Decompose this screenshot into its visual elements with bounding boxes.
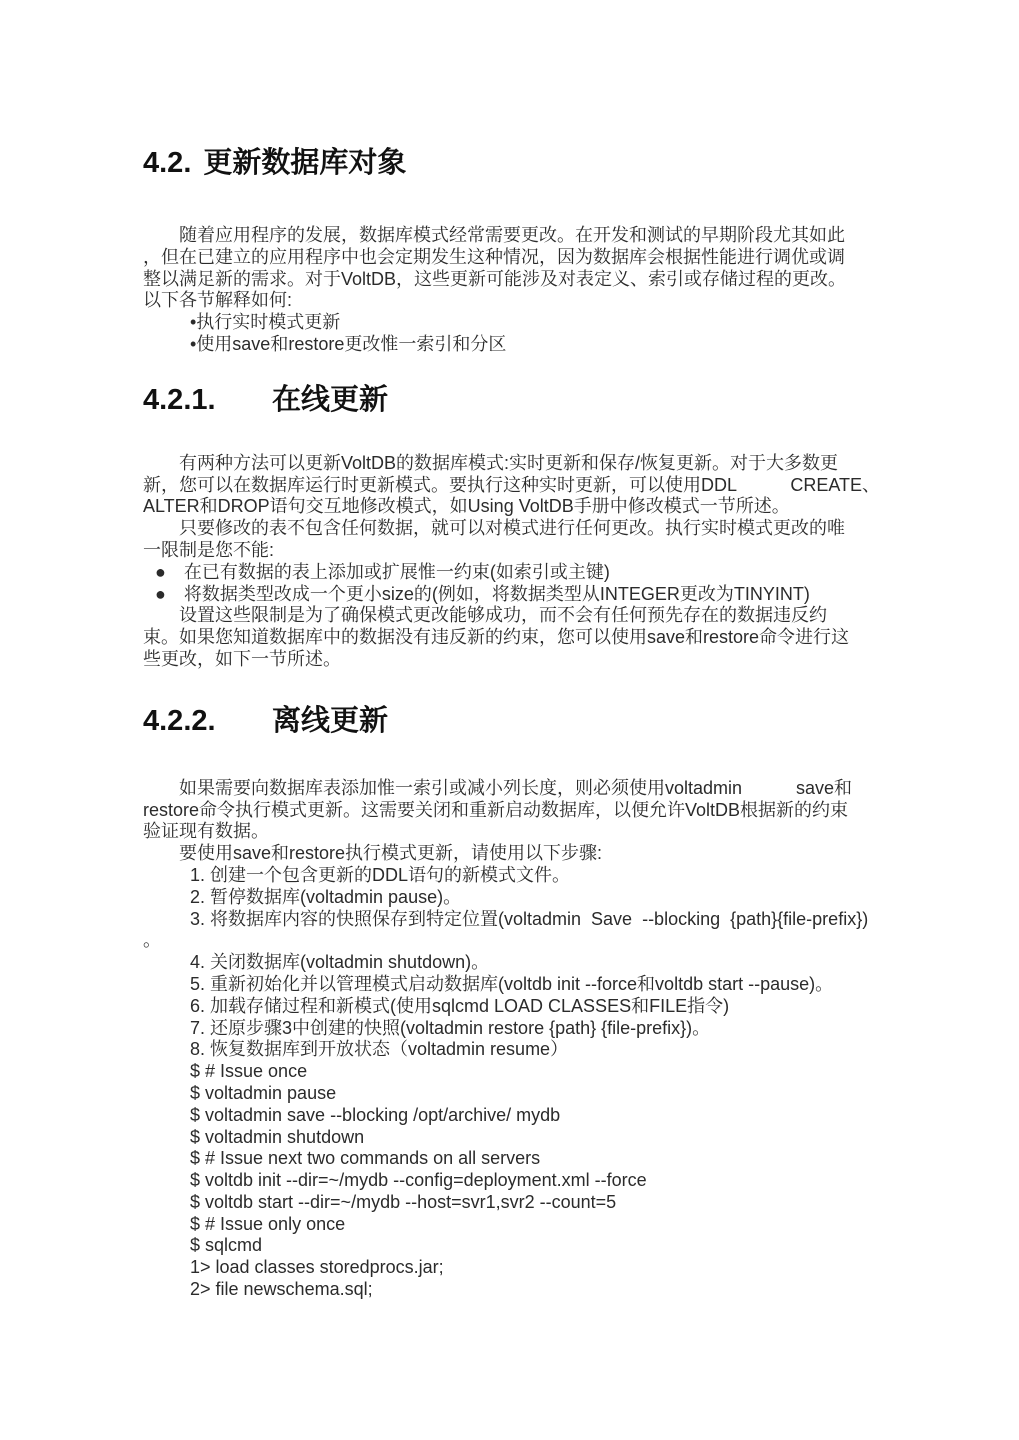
text-line: 8. 恢复数据库到开放状态（voltadmin resume） <box>143 1039 979 1061</box>
section-title: 在线更新 <box>272 384 388 416</box>
text-line: 2> file newschema.sql; <box>143 1279 979 1301</box>
text-line: 验证现有数据。 <box>143 821 979 843</box>
text-line: 1. 创建一个包含更新的DDL语句的新模式文件。 <box>143 865 979 887</box>
document-page: 4.2.更新数据库对象 随着应用程序的发展，数据库模式经常需要更改。在开发和测试… <box>0 0 1019 1341</box>
text-line: 些更改，如下一节所述。 <box>143 649 979 671</box>
section-number: 4.2.2. <box>143 703 272 739</box>
text-line: 5. 重新初始化并以管理模式启动数据库(voltdb init --force和… <box>143 974 979 996</box>
text-line: 4. 关闭数据库(voltadmin shutdown)。 <box>143 952 979 974</box>
section-4-2-1-body: 有两种方法可以更新VoltDB的数据库模式:实时更新和保存/恢复更新。对于大多数… <box>143 453 979 671</box>
text-line: ● 将数据类型改成一个更小size的(例如，将数据类型从INTEGER更改为TI… <box>143 584 979 606</box>
text-line: •执行实时模式更新 <box>143 312 979 334</box>
text-line: 2. 暂停数据库(voltadmin pause)。 <box>143 887 979 909</box>
text-line: $ voltdb start --dir=~/mydb --host=svr1,… <box>143 1192 979 1214</box>
text-line: 3. 将数据库内容的快照保存到特定位置(voltadmin Save --blo… <box>143 909 979 931</box>
section-title: 更新数据库对象 <box>203 147 406 179</box>
text-line: 要使用save和restore执行模式更新，请使用以下步骤: <box>143 843 979 865</box>
section-number: 4.2. <box>143 147 191 179</box>
text-line: 7. 还原步骤3中创建的快照(voltadmin restore {path} … <box>143 1018 979 1040</box>
text-line: $ voltadmin shutdown <box>143 1127 979 1149</box>
text-line: 新，您可以在数据库运行时更新模式。要执行这种实时更新，可以使用DDL CREAT… <box>143 475 979 497</box>
text-line: 随着应用程序的发展，数据库模式经常需要更改。在开发和测试的早期阶段尤其如此 <box>143 225 979 247</box>
section-number: 4.2.1. <box>143 382 272 418</box>
section-title: 离线更新 <box>272 705 388 737</box>
text-line: $ voltdb init --dir=~/mydb --config=depl… <box>143 1170 979 1192</box>
text-line: 一限制是您不能: <box>143 540 979 562</box>
text-line: $ # Issue once <box>143 1061 979 1083</box>
text-line: 设置这些限制是为了确保模式更改能够成功，而不会有任何预先存在的数据违反约 <box>143 605 979 627</box>
text-line: 整以满足新的需求。对于VoltDB，这些更新可能涉及对表定义、索引或存储过程的更… <box>143 269 979 291</box>
text-line: 1> load classes storedprocs.jar; <box>143 1257 979 1279</box>
text-line: ● 在已有数据的表上添加或扩展惟一约束(如索引或主键) <box>143 562 979 584</box>
section-heading-4-2-2: 4.2.2.离线更新 <box>143 703 979 739</box>
text-line: 只要修改的表不包含任何数据，就可以对模式进行任何更改。执行实时模式更改的唯 <box>143 518 979 540</box>
text-line: ，但在已建立的应用程序中也会定期发生这种情况，因为数据库会根据性能进行调优或调 <box>143 247 979 269</box>
text-line: $ # Issue only once <box>143 1214 979 1236</box>
text-line: 。 <box>143 930 979 952</box>
section-4-2-body: 随着应用程序的发展，数据库模式经常需要更改。在开发和测试的早期阶段尤其如此，但在… <box>143 225 979 356</box>
text-line: $ voltadmin pause <box>143 1083 979 1105</box>
text-line: $ voltadmin save --blocking /opt/archive… <box>143 1105 979 1127</box>
text-line: ALTER和DROP语句交互地修改模式，如Using VoltDB手册中修改模式… <box>143 496 979 518</box>
text-line: 有两种方法可以更新VoltDB的数据库模式:实时更新和保存/恢复更新。对于大多数… <box>143 453 979 475</box>
text-line: $ # Issue next two commands on all serve… <box>143 1148 979 1170</box>
text-line: restore命令执行模式更新。这需要关闭和重新启动数据库，以便允许VoltDB… <box>143 800 979 822</box>
text-line: 如果需要向数据库表添加惟一索引或减小列长度，则必须使用voltadmin sav… <box>143 778 979 800</box>
section-heading-4-2: 4.2.更新数据库对象 <box>143 146 979 180</box>
section-heading-4-2-1: 4.2.1.在线更新 <box>143 382 979 418</box>
text-line: 6. 加载存储过程和新模式(使用sqlcmd LOAD CLASSES和FILE… <box>143 996 979 1018</box>
text-line: 束。如果您知道数据库中的数据没有违反新的约束，您可以使用save和restore… <box>143 627 979 649</box>
text-line: •使用save和restore更改惟一索引和分区 <box>143 334 979 356</box>
text-line: 以下各节解释如何: <box>143 290 979 312</box>
text-line: $ sqlcmd <box>143 1235 979 1257</box>
section-4-2-2-body: 如果需要向数据库表添加惟一索引或减小列长度，则必须使用voltadmin sav… <box>143 778 979 1301</box>
